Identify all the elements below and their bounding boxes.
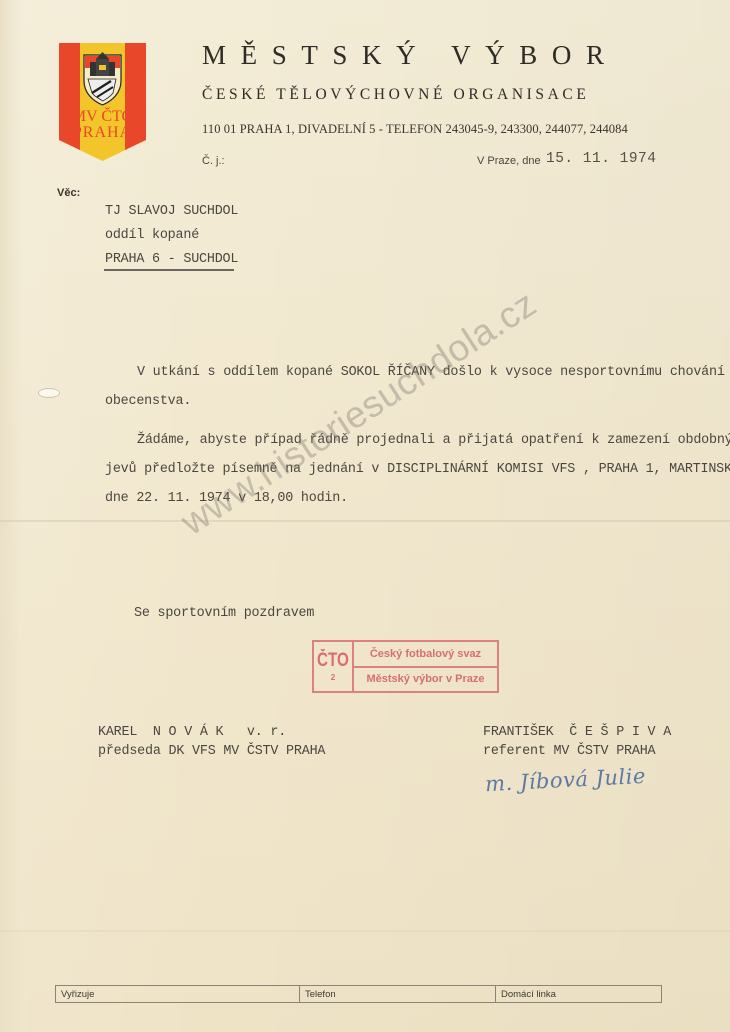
letter-paper: MV ČTO PRAHA MĚSTSKÝ VÝBOR ČESKÉ TĚLOVÝC… bbox=[0, 0, 730, 1032]
left-signatory-name: KAREL N O V Á K v. r. bbox=[98, 725, 286, 740]
official-stamp: ČTO 2 Český fotbalový svaz Městský výbor… bbox=[312, 640, 499, 693]
recipient-line-1: TJ SLAVOJ SUCHDOL bbox=[105, 204, 238, 219]
paper-tear bbox=[38, 388, 60, 398]
date-value: 15. 11. 1974 bbox=[546, 151, 656, 167]
stamp-row-2: Městský výbor v Praze bbox=[354, 666, 497, 692]
footer-extension: Domácí linka bbox=[496, 986, 661, 1002]
recipient-line-3: PRAHA 6 - SUCHDOL bbox=[105, 252, 238, 267]
handwritten-signature: m. Jíbová Julie bbox=[484, 764, 646, 796]
subject-label: Věc: bbox=[57, 187, 80, 199]
stamp-row-1: Český fotbalový svaz bbox=[354, 642, 497, 666]
stamp-number: 2 bbox=[331, 673, 335, 682]
closing-greeting: Se sportovním pozdravem bbox=[134, 606, 314, 621]
svg-text:MV ČTO: MV ČTO bbox=[72, 106, 133, 125]
organization-address: 110 01 PRAHA 1, DIVADELNÍ 5 - TELEFON 24… bbox=[202, 122, 628, 137]
paper-crease bbox=[0, 930, 730, 932]
organization-subtitle: ČESKÉ TĚLOVÝCHOVNÉ ORGANISACE bbox=[202, 86, 672, 104]
right-signatory-title: referent MV ČSTV PRAHA bbox=[483, 744, 655, 759]
paper-fold bbox=[0, 520, 730, 522]
svg-text:PRAHA: PRAHA bbox=[73, 124, 132, 141]
stamp-right-panel: Český fotbalový svaz Městský výbor v Pra… bbox=[354, 642, 497, 691]
stamp-left-panel: ČTO 2 bbox=[314, 642, 354, 691]
mv-cto-praha-logo-icon: MV ČTO PRAHA bbox=[59, 43, 146, 161]
recipient-underline bbox=[104, 269, 234, 271]
reference-number-label: Č. j.: bbox=[202, 155, 225, 167]
stamp-cto-text: ČTO bbox=[317, 651, 349, 671]
date-label: V Praze, dne bbox=[477, 155, 541, 167]
body-paragraph-2-line-1: Žádáme, abyste případ řádně projednali a… bbox=[137, 433, 730, 448]
left-signatory-title: předseda DK VFS MV ČSTV PRAHA bbox=[98, 744, 325, 759]
recipient-line-2: oddíl kopané bbox=[105, 228, 199, 243]
organization-title: MĚSTSKÝ VÝBOR bbox=[202, 40, 672, 71]
footer-form-row: Vyřizuje Telefon Domácí linka bbox=[55, 985, 662, 1003]
footer-handled-by: Vyřizuje bbox=[56, 986, 300, 1002]
right-signatory-name: FRANTIŠEK Č E Š P I V A bbox=[483, 725, 671, 740]
body-paragraph-2-line-2: jevů předložte písemně na jednání v DISC… bbox=[105, 462, 730, 477]
body-paragraph-1-line-2: obecenstva. bbox=[105, 394, 191, 409]
footer-phone: Telefon bbox=[300, 986, 496, 1002]
website-watermark: www.historiesuchdola.cz bbox=[174, 283, 545, 544]
